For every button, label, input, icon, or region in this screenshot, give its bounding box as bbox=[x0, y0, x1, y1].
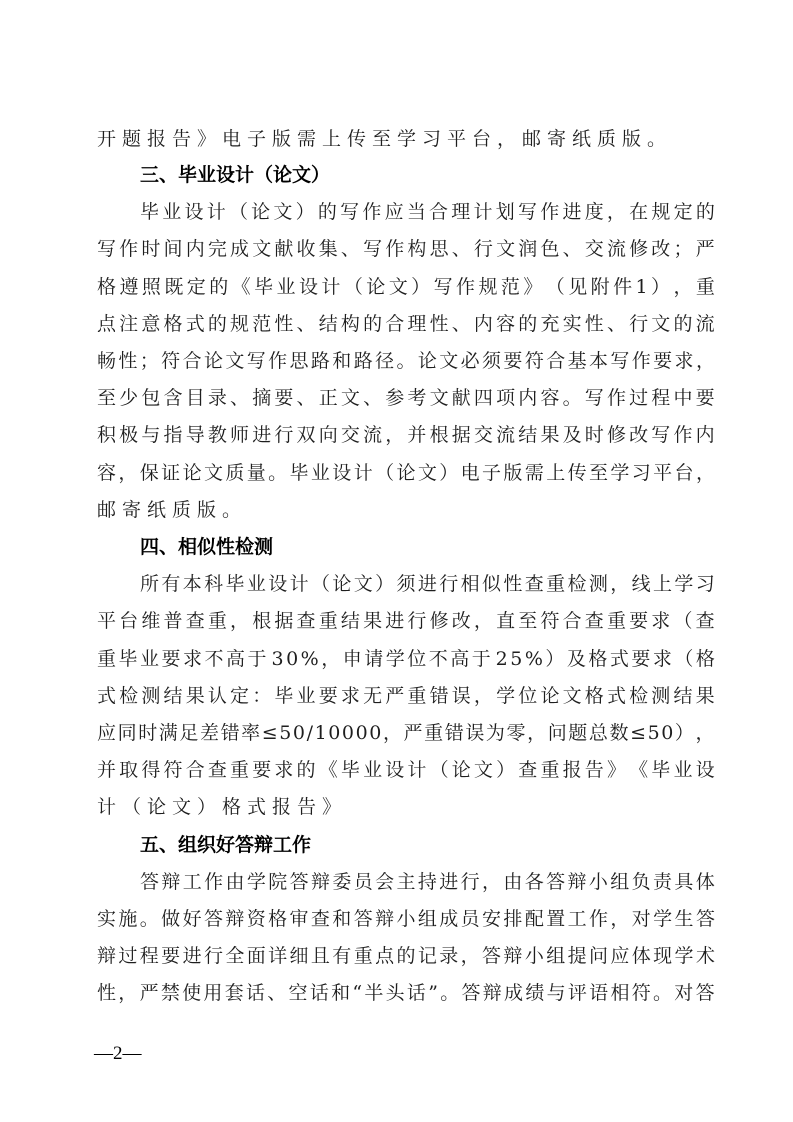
glyph: 进 bbox=[183, 941, 202, 971]
glyph: 过 bbox=[629, 383, 648, 413]
glyph: 基 bbox=[568, 346, 587, 376]
glyph: 构 bbox=[341, 309, 360, 339]
glyph: 时 bbox=[138, 718, 157, 748]
glyph: 性 bbox=[585, 309, 604, 339]
glyph: 符 bbox=[525, 346, 544, 376]
glyph: 线 bbox=[632, 569, 651, 599]
glyph: 小 bbox=[396, 904, 415, 934]
glyph: 双 bbox=[297, 420, 316, 450]
glyph: 至 bbox=[97, 383, 116, 413]
glyph: 科 bbox=[204, 569, 223, 599]
glyph: 的 bbox=[318, 197, 337, 227]
glyph: 程 bbox=[651, 383, 670, 413]
glyph: ） bbox=[439, 458, 458, 488]
glyph: 告 bbox=[585, 755, 604, 785]
glyph: 符 bbox=[161, 346, 180, 376]
body-line: 答辩工作由学院答辩委员会主持进行，由各答辩小组负责具体 bbox=[140, 867, 715, 897]
glyph: 2 bbox=[496, 644, 508, 674]
glyph: ， bbox=[383, 718, 402, 748]
glyph: 设 bbox=[385, 755, 404, 785]
glyph: ； bbox=[140, 346, 159, 376]
glyph: 0 bbox=[342, 718, 354, 748]
glyph: 要 bbox=[653, 346, 672, 376]
glyph: 不 bbox=[429, 644, 448, 674]
glyph: （ bbox=[229, 197, 248, 227]
glyph: ” bbox=[428, 978, 438, 1008]
glyph: 文 bbox=[273, 197, 292, 227]
glyph: 质 bbox=[225, 458, 244, 488]
glyph: 重 bbox=[407, 681, 426, 711]
glyph: 的 bbox=[363, 309, 382, 339]
glyph: 具 bbox=[674, 867, 693, 897]
glyph: 1 bbox=[315, 718, 327, 748]
glyph: 成 bbox=[230, 234, 249, 264]
section-heading-5: 五、组织好答辩工作 bbox=[140, 830, 311, 860]
glyph: 间 bbox=[164, 234, 183, 264]
glyph: 记 bbox=[418, 941, 437, 971]
glyph: 必 bbox=[461, 346, 480, 376]
glyph: 零 bbox=[507, 718, 526, 748]
glyph: 时 bbox=[141, 234, 160, 264]
glyph: 行 bbox=[407, 606, 426, 636]
glyph: 错 bbox=[430, 681, 449, 711]
glyph: 成 bbox=[439, 904, 458, 934]
glyph: 会 bbox=[375, 867, 394, 897]
glyph: 对 bbox=[674, 978, 693, 1008]
glyph: 学 bbox=[653, 904, 672, 934]
glyph: 合 bbox=[546, 346, 565, 376]
glyph: 照 bbox=[142, 272, 161, 302]
glyph: 有 bbox=[332, 941, 351, 971]
glyph: 直 bbox=[496, 606, 515, 636]
glyph: （ bbox=[674, 644, 693, 674]
glyph: 答 bbox=[354, 904, 373, 934]
glyph: ； bbox=[673, 234, 692, 264]
document-page: 开题报告》电子版需上传至学习平台，邮寄纸质版。 三、毕业设计（论文） 毕业设计（… bbox=[0, 0, 793, 1122]
glyph: 与 bbox=[141, 420, 160, 450]
glyph: 计 bbox=[207, 197, 226, 227]
body-line: 容，保证论文质量。毕业设计（论文）电子版需上传至学习平台， bbox=[97, 458, 715, 488]
glyph: 结 bbox=[673, 681, 692, 711]
body-line: 所有本科毕业设计（论文）须进行相似性查重检测，线上学习 bbox=[140, 569, 715, 599]
glyph: 求 bbox=[653, 644, 672, 674]
glyph: 《 bbox=[319, 755, 338, 785]
glyph: 辩 bbox=[503, 941, 522, 971]
glyph: 。 bbox=[440, 978, 459, 1008]
glyph: 严 bbox=[696, 234, 715, 264]
glyph: 格 bbox=[585, 681, 604, 711]
glyph: 点 bbox=[375, 941, 394, 971]
glyph: 位 bbox=[407, 644, 426, 674]
body-line: 点注意格式的规范性、结构的合理性、内容的充实性、行文的流 bbox=[97, 309, 715, 339]
glyph: 求 bbox=[183, 644, 202, 674]
glyph: 作 bbox=[540, 197, 559, 227]
glyph: 正 bbox=[319, 383, 338, 413]
glyph: 流 bbox=[607, 234, 626, 264]
glyph: 位 bbox=[518, 681, 537, 711]
glyph: 。 bbox=[140, 904, 159, 934]
glyph: 结 bbox=[164, 681, 183, 711]
glyph: 文 bbox=[563, 681, 582, 711]
glyph: 性 bbox=[430, 309, 449, 339]
glyph: ， bbox=[696, 346, 715, 376]
glyph: 本 bbox=[589, 346, 608, 376]
glyph: 要 bbox=[274, 383, 293, 413]
glyph: 。 bbox=[268, 458, 287, 488]
glyph: 件 bbox=[613, 272, 632, 302]
glyph: 置 bbox=[546, 904, 565, 934]
glyph: 似 bbox=[482, 569, 501, 599]
glyph: 严 bbox=[404, 718, 423, 748]
glyph: 文 bbox=[252, 234, 271, 264]
glyph: 范 bbox=[252, 309, 271, 339]
glyph: 容 bbox=[540, 383, 559, 413]
glyph: 配 bbox=[525, 904, 544, 934]
glyph: 作 bbox=[119, 234, 138, 264]
glyph: 相 bbox=[461, 569, 480, 599]
glyph: 文 bbox=[225, 346, 244, 376]
glyph: 写 bbox=[651, 420, 670, 450]
body-line: 写作时间内完成文献收集、写作构思、行文润色、交流修改；严 bbox=[97, 234, 715, 264]
glyph: 流 bbox=[696, 309, 715, 339]
glyph: 作 bbox=[607, 383, 626, 413]
glyph: 版 bbox=[503, 458, 522, 488]
glyph: 师 bbox=[230, 420, 249, 450]
glyph: 差 bbox=[200, 718, 219, 748]
glyph: ， bbox=[607, 197, 626, 227]
glyph: 定 bbox=[187, 272, 206, 302]
glyph: 成 bbox=[504, 978, 523, 1008]
glyph: 辩 bbox=[568, 867, 587, 897]
glyph: 容 bbox=[97, 458, 116, 488]
glyph: 由 bbox=[503, 867, 522, 897]
glyph: 辩 bbox=[375, 904, 394, 934]
glyph: 业 bbox=[277, 272, 296, 302]
glyph: 根 bbox=[430, 420, 449, 450]
glyph: 行 bbox=[629, 309, 648, 339]
body-line: 实施。做好答辩资格审查和答辩小组成员安排配置工作，对学生答 bbox=[97, 904, 715, 934]
glyph: 包 bbox=[141, 383, 160, 413]
glyph: 、 bbox=[452, 234, 471, 264]
glyph: 。 bbox=[563, 383, 582, 413]
glyph: 学 bbox=[496, 681, 515, 711]
glyph: 、 bbox=[341, 234, 360, 264]
glyph: 测 bbox=[141, 681, 160, 711]
glyph: 严 bbox=[385, 681, 404, 711]
glyph: 行 bbox=[439, 569, 458, 599]
glyph: 参 bbox=[385, 383, 404, 413]
glyph: 数 bbox=[609, 718, 628, 748]
glyph: 合 bbox=[429, 197, 448, 227]
glyph: 查 bbox=[208, 755, 227, 785]
glyph: 1 bbox=[636, 272, 648, 302]
glyph: 话 bbox=[407, 978, 426, 1008]
glyph: 总 bbox=[589, 718, 608, 748]
glyph: 5 bbox=[648, 718, 660, 748]
glyph: 重 bbox=[319, 606, 338, 636]
glyph: 院 bbox=[268, 867, 287, 897]
glyph: 测 bbox=[651, 681, 670, 711]
glyph: 果 bbox=[186, 681, 205, 711]
body-line: 邮寄纸质版。 bbox=[97, 495, 715, 525]
glyph: 且 bbox=[311, 941, 330, 971]
glyph: （ bbox=[430, 755, 449, 785]
glyph: 查 bbox=[311, 904, 330, 934]
glyph: 要 bbox=[696, 383, 715, 413]
body-line: 并取得符合查重要求的《毕业设计（论文）查重报告》《毕业设 bbox=[97, 755, 715, 785]
glyph: 。 bbox=[653, 978, 672, 1008]
glyph: （ bbox=[546, 272, 565, 302]
glyph: 平 bbox=[653, 458, 672, 488]
glyph: 要 bbox=[503, 346, 522, 376]
body-line: 应同时满足差错率≤50/10000，严重错误为零，问题总数≤50）， bbox=[97, 718, 715, 748]
glyph: ， bbox=[118, 978, 137, 1008]
glyph: 辩 bbox=[161, 867, 180, 897]
body-line: 计（论文）格式报告》 bbox=[97, 792, 715, 822]
glyph: 答 bbox=[546, 867, 565, 897]
glyph: 使 bbox=[182, 978, 201, 1008]
glyph: 设 bbox=[332, 458, 351, 488]
glyph: 的 bbox=[297, 755, 316, 785]
glyph: 员 bbox=[354, 867, 373, 897]
glyph: 式 bbox=[610, 644, 629, 674]
glyph: 路 bbox=[311, 346, 330, 376]
glyph: 理 bbox=[451, 197, 470, 227]
body-line: 至少包含目录、摘要、正文、参考文献四项内容。写作过程中要 bbox=[97, 383, 715, 413]
glyph: 查 bbox=[297, 606, 316, 636]
glyph: 为 bbox=[486, 718, 505, 748]
glyph: 收 bbox=[297, 234, 316, 264]
glyph: 范 bbox=[501, 272, 520, 302]
glyph: 电 bbox=[461, 458, 480, 488]
glyph: 申 bbox=[343, 644, 362, 674]
glyph: 查 bbox=[525, 569, 544, 599]
glyph: 小 bbox=[589, 867, 608, 897]
glyph: 严 bbox=[140, 978, 159, 1008]
glyph: 要 bbox=[161, 941, 180, 971]
glyph: 规 bbox=[230, 309, 249, 339]
glyph: 问 bbox=[548, 718, 567, 748]
glyph: 负 bbox=[632, 867, 651, 897]
glyph: ， bbox=[610, 904, 629, 934]
glyph: 及 bbox=[567, 644, 586, 674]
glyph: ， bbox=[461, 941, 480, 971]
glyph: 遵 bbox=[119, 272, 138, 302]
glyph: 进 bbox=[385, 606, 404, 636]
glyph: 报 bbox=[563, 755, 582, 785]
glyph: 思 bbox=[430, 234, 449, 264]
glyph: 应 bbox=[385, 197, 404, 227]
glyph: 写 bbox=[97, 234, 116, 264]
glyph: 作 bbox=[204, 867, 223, 897]
glyph: 毕 bbox=[274, 681, 293, 711]
glyph: 进 bbox=[562, 197, 581, 227]
glyph: 合 bbox=[563, 606, 582, 636]
glyph: 的 bbox=[208, 309, 227, 339]
glyph: 论 bbox=[452, 755, 471, 785]
glyph: 计 bbox=[407, 755, 426, 785]
glyph: 、 bbox=[607, 309, 626, 339]
glyph: 重 bbox=[696, 272, 715, 302]
glyph: 请 bbox=[364, 644, 383, 674]
glyph: （ bbox=[344, 272, 363, 302]
glyph: 修 bbox=[607, 420, 626, 450]
glyph: 合 bbox=[186, 755, 205, 785]
glyph: 0 bbox=[356, 718, 368, 748]
glyph: 符 bbox=[164, 755, 183, 785]
glyph: 面 bbox=[247, 941, 266, 971]
glyph: 在 bbox=[629, 197, 648, 227]
glyph: 论 bbox=[251, 197, 270, 227]
glyph: 写 bbox=[340, 197, 359, 227]
glyph: ， bbox=[527, 718, 546, 748]
glyph: 传 bbox=[568, 458, 587, 488]
glyph: ） bbox=[675, 718, 694, 748]
glyph: 论 bbox=[366, 272, 385, 302]
glyph: 计 bbox=[321, 272, 340, 302]
glyph: 格 bbox=[164, 309, 183, 339]
glyph: 重 bbox=[230, 755, 249, 785]
glyph: 学 bbox=[610, 458, 629, 488]
body-line: 开题报告》电子版需上传至学习平台，邮寄纸质版。 bbox=[97, 124, 715, 154]
glyph: 设 bbox=[184, 197, 203, 227]
glyph: ， bbox=[696, 458, 715, 488]
glyph: 》 bbox=[607, 755, 626, 785]
glyph: 《 bbox=[629, 755, 648, 785]
glyph: 计 bbox=[354, 458, 373, 488]
glyph: 重 bbox=[208, 606, 227, 636]
glyph: 资 bbox=[247, 904, 266, 934]
glyph: 上 bbox=[546, 458, 565, 488]
glyph: 误 bbox=[452, 681, 471, 711]
glyph: 式 bbox=[607, 681, 626, 711]
glyph: 写 bbox=[610, 346, 629, 376]
glyph: 格 bbox=[696, 644, 715, 674]
glyph: 设 bbox=[268, 569, 287, 599]
glyph: 对 bbox=[632, 904, 651, 934]
glyph: ， bbox=[474, 606, 493, 636]
glyph: ， bbox=[118, 458, 137, 488]
glyph: 考 bbox=[407, 383, 426, 413]
glyph: 业 bbox=[247, 569, 266, 599]
glyph: （ bbox=[311, 569, 330, 599]
glyph: 提 bbox=[568, 941, 587, 971]
glyph: 答 bbox=[482, 941, 501, 971]
glyph: 文 bbox=[354, 569, 373, 599]
glyph: 查 bbox=[518, 755, 537, 785]
glyph: 划 bbox=[496, 197, 515, 227]
glyph: 不 bbox=[205, 644, 224, 674]
glyph: 0 bbox=[293, 718, 305, 748]
glyph: 合 bbox=[183, 346, 202, 376]
body-line: 毕业设计（论文）的写作应当合理计划写作进度，在规定的 bbox=[140, 197, 715, 227]
glyph: 本 bbox=[183, 569, 202, 599]
glyph: 毕 bbox=[290, 458, 309, 488]
glyph: 套 bbox=[225, 978, 244, 1008]
glyph: 径 bbox=[375, 346, 394, 376]
glyph: 现 bbox=[653, 941, 672, 971]
glyph: 文 bbox=[204, 458, 223, 488]
glyph: ， bbox=[321, 644, 340, 674]
glyph: 路 bbox=[354, 346, 373, 376]
glyph: ） bbox=[496, 755, 515, 785]
glyph: 内 bbox=[186, 234, 205, 264]
glyph: 求 bbox=[675, 346, 694, 376]
glyph: 的 bbox=[209, 272, 228, 302]
glyph: 设 bbox=[299, 272, 318, 302]
glyph: 向 bbox=[319, 420, 338, 450]
glyph: 0 bbox=[286, 644, 298, 674]
glyph: 、 bbox=[230, 383, 249, 413]
glyph: 、 bbox=[563, 234, 582, 264]
glyph: 的 bbox=[518, 309, 537, 339]
glyph: 流 bbox=[363, 420, 382, 450]
glyph: 果 bbox=[540, 420, 559, 450]
glyph: 并 bbox=[97, 755, 116, 785]
glyph: 内 bbox=[696, 420, 715, 450]
glyph: 交 bbox=[341, 420, 360, 450]
glyph: 、 bbox=[297, 309, 316, 339]
glyph: 组 bbox=[418, 904, 437, 934]
glyph: 辩 bbox=[483, 978, 502, 1008]
glyph: 重 bbox=[540, 755, 559, 785]
body-line: 性，严禁使用套话、空话和“半头话”。答辩成绩与评语相符。对答 bbox=[97, 978, 715, 1008]
glyph: 至 bbox=[518, 606, 537, 636]
glyph: 要 bbox=[631, 644, 650, 674]
glyph: 高 bbox=[450, 644, 469, 674]
glyph: 进 bbox=[252, 420, 271, 450]
glyph: 果 bbox=[363, 606, 382, 636]
glyph: 修 bbox=[629, 234, 648, 264]
glyph: 学 bbox=[674, 569, 693, 599]
glyph: 话 bbox=[246, 978, 265, 1008]
glyph: 业 bbox=[363, 755, 382, 785]
glyph: 文 bbox=[389, 272, 408, 302]
glyph: 至 bbox=[589, 458, 608, 488]
glyph: 时 bbox=[585, 420, 604, 450]
glyph: 论 bbox=[540, 681, 559, 711]
body-line: 式检测结果认定：毕业要求无严重错误，学位论文格式检测结果 bbox=[97, 681, 715, 711]
glyph: ， bbox=[230, 606, 249, 636]
section-heading-4: 四、相似性检测 bbox=[140, 532, 273, 562]
glyph: 体 bbox=[632, 941, 651, 971]
glyph: （ bbox=[673, 606, 692, 636]
glyph: 要 bbox=[319, 681, 338, 711]
body-line: 格遵照既定的《毕业设计（论文）写作规范》（见附件1），重 bbox=[97, 272, 715, 302]
glyph: 语 bbox=[589, 978, 608, 1008]
glyph: （ bbox=[375, 458, 394, 488]
glyph: 教 bbox=[208, 420, 227, 450]
glyph: 果 bbox=[696, 681, 715, 711]
glyph: 实 bbox=[97, 904, 116, 934]
glyph: 学 bbox=[247, 867, 266, 897]
glyph: 员 bbox=[461, 904, 480, 934]
glyph: 习 bbox=[696, 569, 715, 599]
glyph: 性 bbox=[503, 569, 522, 599]
glyph: 文 bbox=[418, 458, 437, 488]
glyph: “ bbox=[352, 978, 362, 1008]
glyph: 的 bbox=[673, 309, 692, 339]
glyph: 需 bbox=[525, 458, 544, 488]
glyph: 摘 bbox=[252, 383, 271, 413]
glyph: 意 bbox=[141, 309, 160, 339]
glyph: ， bbox=[474, 681, 493, 711]
glyph: 定 bbox=[230, 681, 249, 711]
glyph: 文 bbox=[341, 383, 360, 413]
glyph: 须 bbox=[482, 346, 501, 376]
glyph: 体 bbox=[696, 867, 715, 897]
glyph: 集 bbox=[319, 234, 338, 264]
